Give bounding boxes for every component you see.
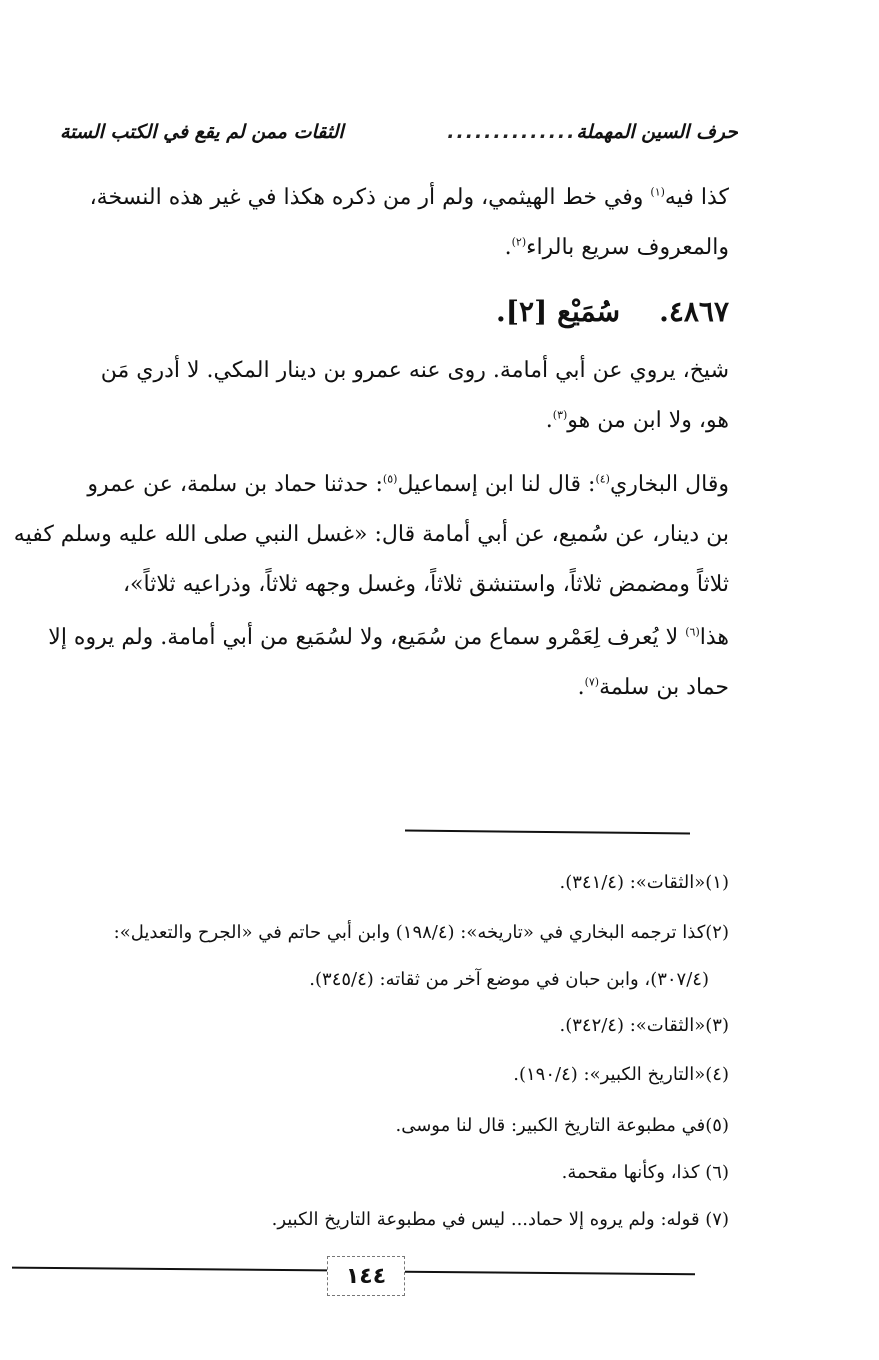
text: . — [546, 408, 553, 433]
text: كذا فيه — [665, 185, 729, 210]
footnote-3: (٣)«الثقات»: (٣٤٢/٤). — [20, 1013, 729, 1039]
text: والمعروف سريع بالراء — [526, 235, 729, 260]
header-book-title: الثقات ممن لم يقع في الكتب الستة — [60, 121, 344, 143]
paragraph-2-line-2: هو، ولا ابن من هو(٣). — [40, 406, 729, 436]
text: وقال البخاري — [610, 472, 729, 497]
paragraph-1-line-1: كذا فيه(١) وفي خط الهيثمي، ولم أر من ذكر… — [40, 183, 729, 213]
entry-number: ٤٨٦٧. — [659, 295, 729, 328]
text: هو، ولا ابن من هو — [567, 408, 729, 433]
paragraph-2-line-1: شيخ، يروي عن أبي أمامة. روى عنه عمرو بن … — [40, 356, 729, 386]
footnote-ref-4[interactable]: (٤) — [595, 473, 610, 486]
footnote-ref-1[interactable]: (١) — [650, 186, 665, 199]
running-header: حرف السين المهملة .............. الثقات … — [60, 112, 738, 152]
footnote-ref-5[interactable]: (٥) — [383, 473, 398, 486]
entry-heading: ٤٨٦٧. سُمَيْع [٢]. — [496, 292, 729, 332]
footnote-5: (٥)في مطبوعة التاريخ الكبير: قال لنا موس… — [20, 1113, 729, 1139]
text: : قال لنا ابن إسماعيل — [397, 472, 595, 497]
footnote-ref-2[interactable]: (٢) — [512, 236, 527, 249]
footnote-separator — [405, 830, 690, 835]
text: . — [505, 235, 512, 260]
header-chapter: حرف السين المهملة — [576, 121, 738, 143]
footer-rule-right — [405, 1271, 695, 1276]
paragraph-3-line-1: وقال البخاري(٤): قال لنا ابن إسماعيل(٥):… — [40, 470, 729, 500]
footnote-4: (٤)«التاريخ الكبير»: (١٩٠/٤). — [20, 1062, 729, 1088]
text: لا يُعرف لِعَمْرو سماع من سُمَيع، ولا لس… — [48, 625, 685, 650]
text: ثلاثاً ومضمض ثلاثاً، واستنشق ثلاثاً، وغس… — [123, 572, 729, 597]
text: بن دينار، عن سُميع، عن أبي أمامة قال: «غ… — [14, 522, 729, 547]
footnote-2: (٢)كذا ترجمه البخاري في «تاريخه»: (١٩٨/٤… — [20, 920, 729, 946]
text: هذا — [700, 625, 729, 650]
text: حماد بن سلمة — [599, 675, 729, 700]
paragraph-1-line-2: والمعروف سريع بالراء(٢). — [40, 233, 729, 263]
text: شيخ، يروي عن أبي أمامة. روى عنه عمرو بن … — [101, 358, 729, 383]
book-page: حرف السين المهملة .............. الثقات … — [0, 0, 879, 1360]
footnote-1: (١)«الثقات»: (٣٤١/٤). — [20, 870, 729, 896]
text: وفي خط الهيثمي، ولم أر من ذكره هكذا في غ… — [90, 185, 651, 210]
footer-rule-left — [12, 1267, 327, 1272]
footnote-ref-6[interactable]: (٦) — [685, 626, 700, 639]
text: . — [578, 675, 585, 700]
footnote-6: (٦) كذا، وكأنها مقحمة. — [20, 1160, 729, 1186]
paragraph-3-line-3: ثلاثاً ومضمض ثلاثاً، واستنشق ثلاثاً، وغس… — [40, 570, 729, 600]
header-leader-dots: .............. — [344, 121, 577, 143]
page-number: ١٤٤ — [327, 1256, 405, 1296]
footnote-2-continued: (٣٠٧/٤)، وابن حبان في موضع آخر من ثقاته:… — [20, 967, 709, 993]
footnote-ref-3[interactable]: (٣) — [553, 409, 568, 422]
entry-name: سُمَيْع [٢]. — [496, 295, 620, 328]
text: : حدثنا حماد بن سلمة، عن عمرو — [87, 472, 383, 497]
paragraph-3-line-2: بن دينار، عن سُميع، عن أبي أمامة قال: «غ… — [40, 520, 729, 550]
footnote-7: (٧) قوله: ولم يروه إلا حماد... ليس في مط… — [20, 1207, 729, 1233]
paragraph-3-line-5: حماد بن سلمة(٧). — [40, 673, 729, 703]
footnote-ref-7[interactable]: (٧) — [585, 676, 600, 689]
paragraph-3-line-4: هذا(٦) لا يُعرف لِعَمْرو سماع من سُمَيع،… — [40, 623, 729, 653]
